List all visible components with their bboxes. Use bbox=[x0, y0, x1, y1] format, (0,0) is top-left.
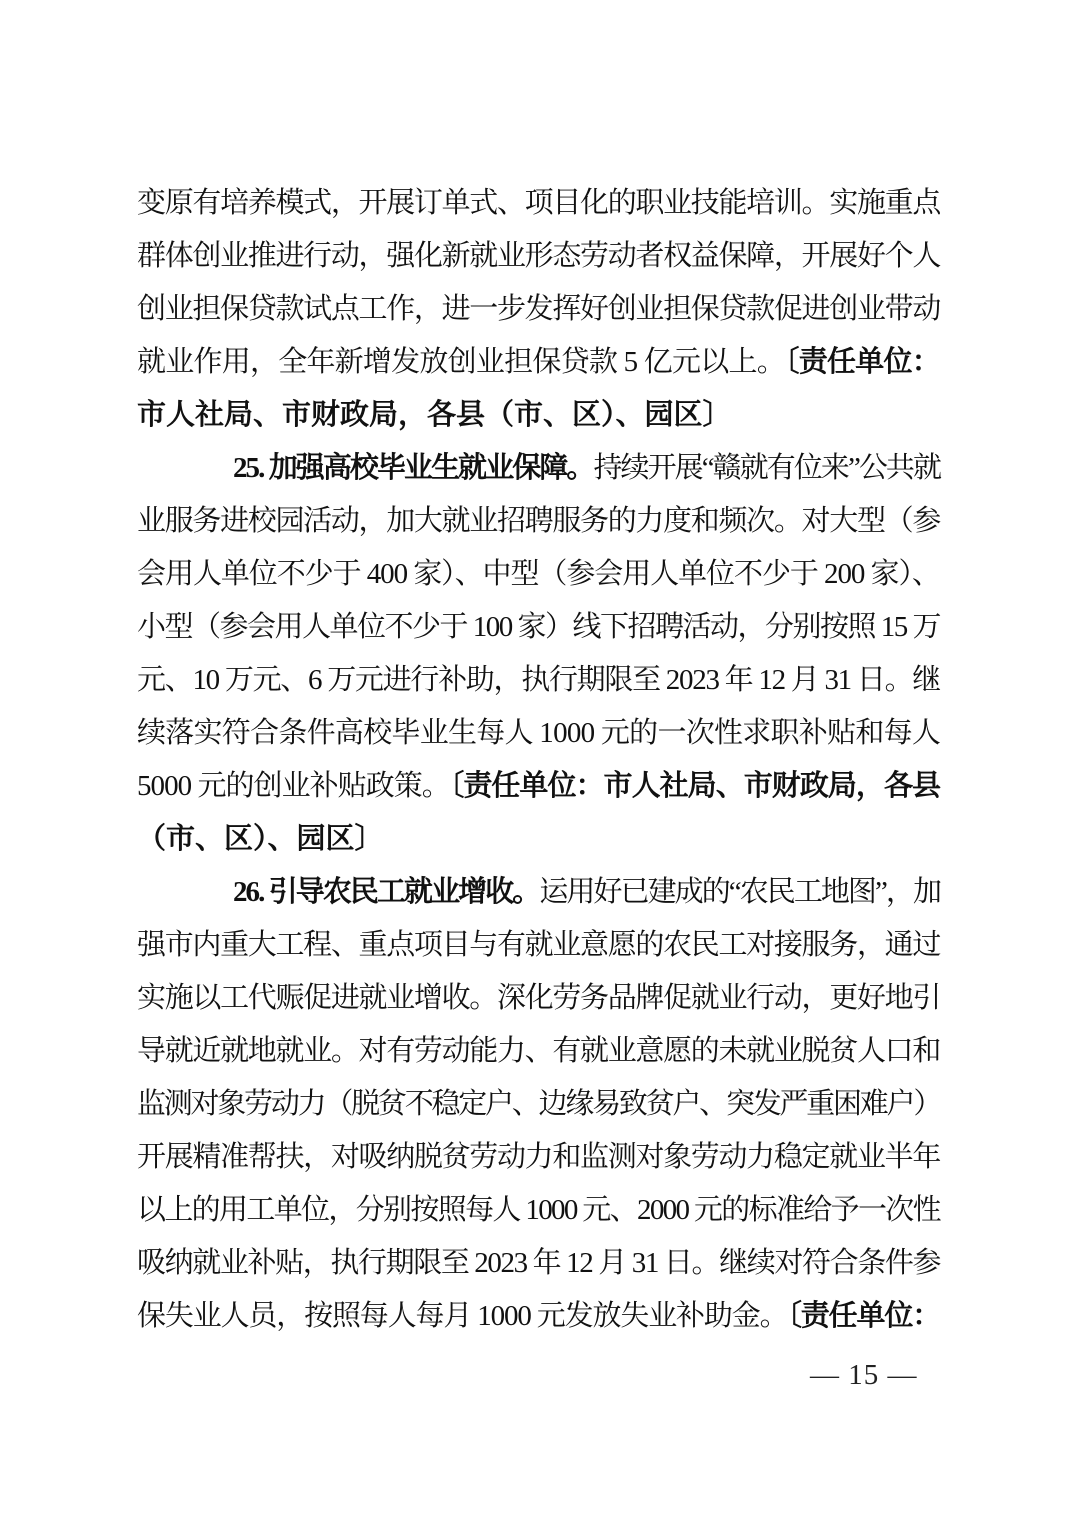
text-line: 群体创业推进行动，强化新就业形态劳动者权益保障，开展好个人 bbox=[137, 230, 940, 283]
text-line: 监测对象劳动力（脱贫不稳定户、边缘易致贫户、突发严重困难户） bbox=[137, 1078, 940, 1131]
page-number: — 15 — bbox=[810, 1352, 918, 1398]
text-line-content: 实施以工代赈促进就业增收。深化劳务品牌促就业行动，更好地引 bbox=[137, 972, 940, 1025]
body-text: 吸纳就业补贴，执行期限至 2023 年 12 月 31 日。继续对符合条件参 bbox=[137, 1247, 940, 1279]
text-line: 小型（参会用人单位不少于 100 家）线下招聘活动，分别按照 15 万 bbox=[137, 601, 940, 654]
body-text: 续落实符合条件高校毕业生每人 1000 元的一次性求职补贴和每人 bbox=[137, 717, 940, 749]
text-line: 以上的用工单位，分别按照每人 1000 元、2000 元的标准给予一次性 bbox=[137, 1184, 940, 1237]
text-line: 强市内重大工程、重点项目与有就业意愿的农民工对接服务，通过 bbox=[137, 919, 940, 972]
text-line-content: 监测对象劳动力（脱贫不稳定户、边缘易致贫户、突发严重困难户） bbox=[137, 1078, 940, 1131]
body-text: 保失业人员，按照每人每月 1000 元发放失业补助金。 bbox=[137, 1300, 787, 1332]
text-line: （市、区）、园区〕 bbox=[137, 813, 940, 866]
text-line-content: 续落实符合条件高校毕业生每人 1000 元的一次性求职补贴和每人 bbox=[137, 707, 940, 760]
text-line: 续落实符合条件高校毕业生每人 1000 元的一次性求职补贴和每人 bbox=[137, 707, 940, 760]
body-text: 开展精准帮扶，对吸纳脱贫劳动力和监测对象劳动力稳定就业半年 bbox=[137, 1141, 940, 1173]
text-line: 元、10 万元、6 万元进行补助，执行期限至 2023 年 12 月 31 日。… bbox=[137, 654, 940, 707]
body-text: 业服务进校园活动，加大就业招聘服务的力度和频次。对大型（参 bbox=[137, 505, 940, 537]
item-heading-text: 26. 引导农民工就业增收。 bbox=[233, 876, 539, 908]
text-line: 实施以工代赈促进就业增收。深化劳务品牌促就业行动，更好地引 bbox=[137, 972, 940, 1025]
text-line-content: 导就近就地就业。对有劳动能力、有就业意愿的未就业脱贫人口和 bbox=[137, 1025, 940, 1078]
text-line-content: 25. 加强高校毕业生就业保障。持续开展“赣就有位来”公共就 bbox=[185, 442, 940, 495]
text-line: 导就近就地就业。对有劳动能力、有就业意愿的未就业脱贫人口和 bbox=[137, 1025, 940, 1078]
text-line: 业服务进校园活动，加大就业招聘服务的力度和频次。对大型（参 bbox=[137, 495, 940, 548]
body-text: 持续开展“赣就有位来”公共就 bbox=[593, 452, 940, 484]
text-block: 变原有培养模式，开展订单式、项目化的职业技能培训。实施重点群体创业推进行动，强化… bbox=[137, 177, 940, 1343]
item-heading-text: 25. 加强高校毕业生就业保障。 bbox=[233, 452, 593, 484]
text-line-content: 市人社局、市财政局，各县（市、区）、园区〕 bbox=[137, 389, 732, 442]
text-line-content: 会用人单位不少于 400 家）、中型（参会用人单位不少于 200 家）、 bbox=[137, 548, 940, 601]
text-line-content: （市、区）、园区〕 bbox=[137, 813, 384, 866]
text-line: 5000 元的创业补贴政策。〔责任单位：市人社局、市财政局，各县 bbox=[137, 760, 940, 813]
body-text: 创业担保贷款试点工作，进一步发挥好创业担保贷款促进创业带动 bbox=[137, 293, 940, 325]
body-text: 元、10 万元、6 万元进行补助，执行期限至 2023 年 12 月 31 日。… bbox=[137, 664, 940, 696]
text-line-content: 就业作用，全年新增发放创业担保贷款 5 亿元以上。〔责任单位： bbox=[137, 336, 940, 389]
body-text: 实施以工代赈促进就业增收。深化劳务品牌促就业行动，更好地引 bbox=[137, 982, 940, 1014]
text-line: 就业作用，全年新增发放创业担保贷款 5 亿元以上。〔责任单位： bbox=[137, 336, 940, 389]
text-line-content: 创业担保贷款试点工作，进一步发挥好创业担保贷款促进创业带动 bbox=[137, 283, 940, 336]
body-text: 以上的用工单位，分别按照每人 1000 元、2000 元的标准给予一次性 bbox=[137, 1194, 940, 1226]
body-text: 会用人单位不少于 400 家）、中型（参会用人单位不少于 200 家）、 bbox=[137, 558, 940, 590]
text-line: 26. 引导农民工就业增收。运用好已建成的“农民工地图”，加 bbox=[137, 866, 940, 919]
text-line: 创业担保贷款试点工作，进一步发挥好创业担保贷款促进创业带动 bbox=[137, 283, 940, 336]
text-line-content: 群体创业推进行动，强化新就业形态劳动者权益保障，开展好个人 bbox=[137, 230, 940, 283]
body-text: 变原有培养模式，开展订单式、项目化的职业技能培训。实施重点 bbox=[137, 187, 940, 219]
text-line-content: 26. 引导农民工就业增收。运用好已建成的“农民工地图”，加 bbox=[185, 866, 940, 919]
body-text: 群体创业推进行动，强化新就业形态劳动者权益保障，开展好个人 bbox=[137, 240, 940, 272]
body-text: 小型（参会用人单位不少于 100 家）线下招聘活动，分别按照 15 万 bbox=[137, 611, 940, 643]
body-text: 就业作用，全年新增发放创业担保贷款 5 亿元以上。 bbox=[137, 346, 785, 378]
text-line: 开展精准帮扶，对吸纳脱贫劳动力和监测对象劳动力稳定就业半年 bbox=[137, 1131, 940, 1184]
responsibility-unit-text: 〔责任单位： bbox=[785, 346, 940, 378]
text-line: 会用人单位不少于 400 家）、中型（参会用人单位不少于 200 家）、 bbox=[137, 548, 940, 601]
body-text: 5000 元的创业补贴政策。 bbox=[137, 770, 450, 802]
responsibility-unit-text: 〔责任单位： bbox=[787, 1300, 940, 1332]
text-line-content: 保失业人员，按照每人每月 1000 元发放失业补助金。〔责任单位： bbox=[137, 1290, 940, 1343]
body-text: 导就近就地就业。对有劳动能力、有就业意愿的未就业脱贫人口和 bbox=[137, 1035, 940, 1067]
body-text: 强市内重大工程、重点项目与有就业意愿的农民工对接服务，通过 bbox=[137, 929, 940, 961]
text-line-content: 以上的用工单位，分别按照每人 1000 元、2000 元的标准给予一次性 bbox=[137, 1184, 940, 1237]
text-line-content: 5000 元的创业补贴政策。〔责任单位：市人社局、市财政局，各县 bbox=[137, 760, 940, 813]
body-text: 运用好已建成的“农民工地图”，加 bbox=[539, 876, 940, 908]
text-line: 25. 加强高校毕业生就业保障。持续开展“赣就有位来”公共就 bbox=[137, 442, 940, 495]
responsibility-unit-text: （市、区）、园区〕 bbox=[137, 823, 384, 855]
document-page: 变原有培养模式，开展订单式、项目化的职业技能培训。实施重点群体创业推进行动，强化… bbox=[0, 0, 1074, 1520]
text-line-content: 小型（参会用人单位不少于 100 家）线下招聘活动，分别按照 15 万 bbox=[137, 601, 940, 654]
text-line: 吸纳就业补贴，执行期限至 2023 年 12 月 31 日。继续对符合条件参 bbox=[137, 1237, 940, 1290]
text-line: 保失业人员，按照每人每月 1000 元发放失业补助金。〔责任单位： bbox=[137, 1290, 940, 1343]
text-line: 市人社局、市财政局，各县（市、区）、园区〕 bbox=[137, 389, 940, 442]
responsibility-unit-text: 〔责任单位：市人社局、市财政局，各县 bbox=[450, 770, 940, 802]
text-line-content: 业服务进校园活动，加大就业招聘服务的力度和频次。对大型（参 bbox=[137, 495, 940, 548]
text-line-content: 元、10 万元、6 万元进行补助，执行期限至 2023 年 12 月 31 日。… bbox=[137, 654, 940, 707]
text-line-content: 强市内重大工程、重点项目与有就业意愿的农民工对接服务，通过 bbox=[137, 919, 940, 972]
body-text: 监测对象劳动力（脱贫不稳定户、边缘易致贫户、突发严重困难户） bbox=[137, 1088, 940, 1120]
text-line: 变原有培养模式，开展订单式、项目化的职业技能培训。实施重点 bbox=[137, 177, 940, 230]
text-line-content: 吸纳就业补贴，执行期限至 2023 年 12 月 31 日。继续对符合条件参 bbox=[137, 1237, 940, 1290]
text-line-content: 开展精准帮扶，对吸纳脱贫劳动力和监测对象劳动力稳定就业半年 bbox=[137, 1131, 940, 1184]
responsibility-unit-text: 市人社局、市财政局，各县（市、区）、园区〕 bbox=[137, 399, 732, 431]
text-line-content: 变原有培养模式，开展订单式、项目化的职业技能培训。实施重点 bbox=[137, 177, 940, 230]
